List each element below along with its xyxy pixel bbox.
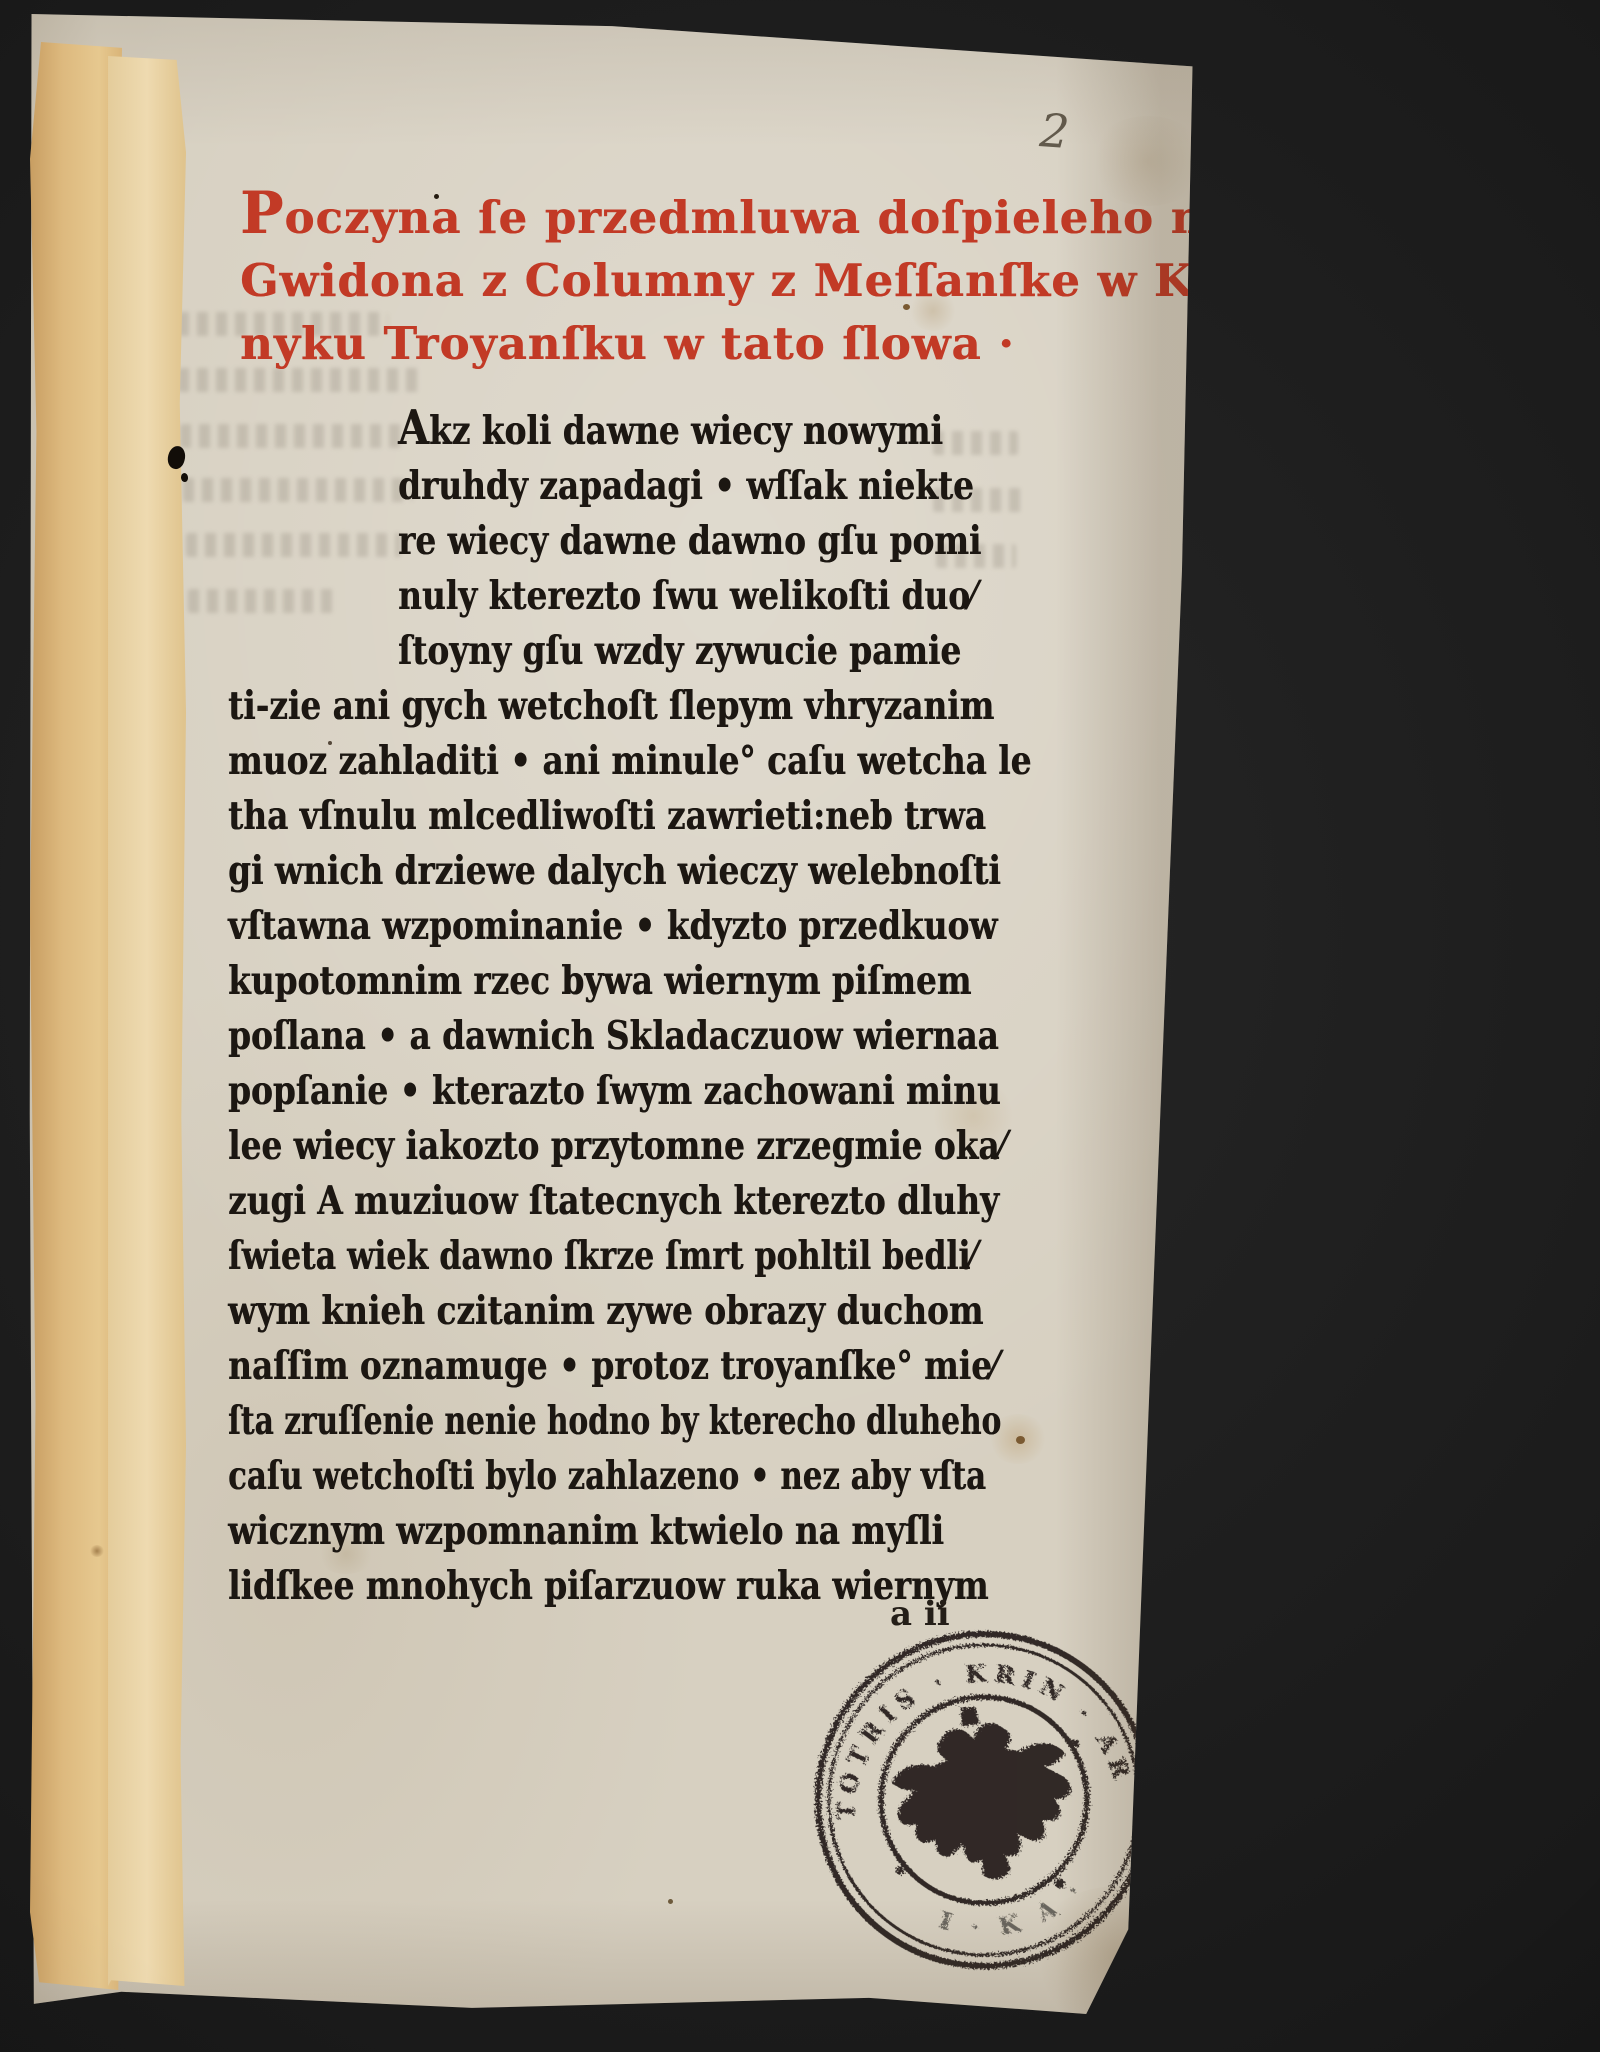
rubric-line: Poczyna ſe przedmluwa doſpieleho muze [240, 182, 1309, 249]
body-line: lee wiecy iakozto przytomne zrzegmie oka… [228, 1119, 850, 1174]
rubric-line: nyku Troyanſku w tato ſlowa · [240, 312, 1309, 375]
body-line: tha vſnulu mlcedliwoſti zawrieti:neb trw… [228, 789, 850, 844]
rubric-line: Gwidona z Columny z Meſſanſke w Kro [240, 249, 1309, 312]
body-line: kupotomnim rzec bywa wiernym piſmem [228, 954, 850, 1009]
photo-backdrop: 2 Poczyna ſe przedmluwa doſpieleho muze … [0, 0, 1600, 2052]
library-stamp: TOTRIS · KRIN · ARAA I · K A · I [793, 1600, 1175, 2000]
rubric-heading: Poczyna ſe przedmluwa doſpieleho muze Gw… [240, 182, 1309, 375]
body-line: Akz koli dawne wiecy nowymi [398, 401, 877, 459]
body-line: wym knieh czitanim zywe obrazy duchom [228, 1284, 850, 1339]
body-line: popſanie • kterazto ſwym zachowani minu [228, 1064, 850, 1119]
ink-speck [668, 1899, 673, 1904]
body-line: ti-zie ani gych wetchoſt ſlepym vhryzani… [228, 679, 850, 734]
body-line: poſlana • a dawnich Skladaczuow wiernaa [228, 1009, 850, 1064]
wormhole-spot [181, 473, 188, 482]
ink-speck [1016, 1436, 1025, 1444]
body-line: druhdy zapadagi • wſſak niekte [398, 459, 877, 514]
body-line: ſwieta wiek dawno ſkrze ſmrt pohltil bed… [228, 1229, 827, 1284]
body-line: vſtawna wzpominanie • kdyzto przedkuow [228, 899, 850, 954]
folio-number: 2 [1038, 103, 1071, 159]
body-line: ſtoyny gſu wzdy zywucie pamie [398, 624, 877, 679]
body-line: muoz zahladiti • ani minule° caſu wetcha… [228, 734, 850, 789]
body-text-block: Akz koli dawne wiecy nowymi druhdy zapad… [228, 401, 968, 1614]
body-line: ſta zruſſenie nenie hodno by kterecho dl… [228, 1394, 790, 1449]
binding-strip-light [108, 56, 186, 1986]
body-line: gi wnich drziewe dalych wieczy welebnoſt… [228, 844, 850, 899]
body-line: nuly kterezto ſwu welikoſti duo⁄ [398, 569, 877, 624]
body-line: wicznym wzpomnanim ktwielo na myſli [228, 1504, 850, 1559]
body-line: naſſim oznamuge • protoz troyanſke° mie⁄ [228, 1339, 850, 1394]
body-line: re wiecy dawne dawno gſu pomi [398, 514, 877, 569]
manuscript-page: 2 Poczyna ſe przedmluwa doſpieleho muze … [28, 6, 1196, 2020]
body-line: lidſkee mnohych piſarzuow ruka wiernym [228, 1559, 850, 1614]
body-line: zugi A muziuow ſtatecnych kterezto dluhy [228, 1174, 850, 1229]
body-line: caſu wetchoſti bylo zahlazeno • nez aby … [228, 1449, 813, 1504]
